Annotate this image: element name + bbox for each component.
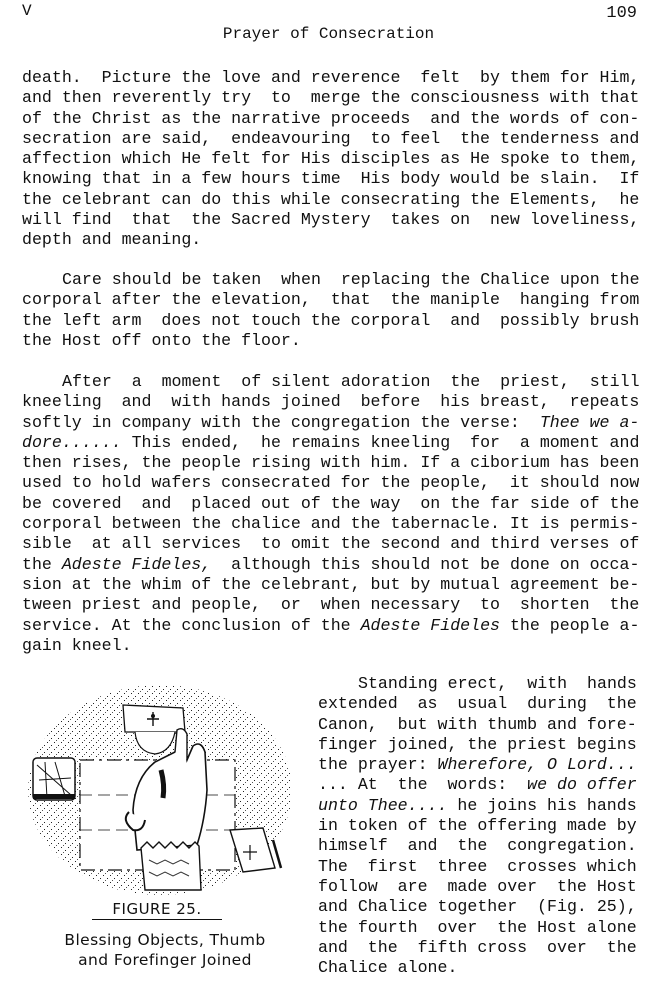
text-line: will find that the Sacred Mystery takes … (22, 210, 639, 230)
text-line: unto Thee.... he joins his hands (318, 796, 636, 816)
italic-phrase: dore...... (22, 433, 122, 452)
italic-phrase: Thee we a- (540, 413, 639, 432)
section-marker: V (22, 2, 32, 20)
italic-phrase: Adeste Fideles, (62, 555, 211, 574)
text-line: Chalice alone. (318, 958, 636, 978)
italic-phrase: Wherefore, O Lord... (438, 755, 637, 774)
text-line: tween priest and people, or when necessa… (22, 595, 639, 615)
caption-line: and Forefinger Joined (20, 950, 310, 970)
text-line: death. Picture the love and reverence fe… (22, 68, 639, 88)
italic-phrase: we do offer (527, 775, 636, 794)
text-line: dore...... This ended, he remains kneeli… (22, 433, 639, 453)
figure-25-illustration (25, 670, 295, 895)
text-line: depth and meaning. (22, 230, 639, 250)
text-line: then rises, the people rising with him. … (22, 453, 639, 473)
paragraph-1: death. Picture the love and reverence fe… (22, 68, 639, 251)
text-line: gain kneel. (22, 636, 639, 656)
text-line: corporal between the chalice and the tab… (22, 514, 639, 534)
text-line: finger joined, the priest begins (318, 735, 636, 755)
text-line: follow are made over the Host (318, 877, 636, 897)
text-line: affection which He felt for His disciple… (22, 149, 639, 169)
text-line: Standing erect, with hands (318, 674, 636, 694)
text-line: himself and the congregation. (318, 836, 636, 856)
right-column-paragraph: Standing erect, with hands extended as u… (318, 674, 636, 978)
running-title: Prayer of Consecration (0, 25, 657, 43)
text-line: sion at the whim of the celebrant, but b… (22, 575, 639, 595)
text-line: softly in company with the congregation … (22, 413, 639, 433)
text-line: the celebrant can do this while consecra… (22, 190, 639, 210)
figure-label: FIGURE 25. (92, 900, 222, 920)
paragraph-3: After a moment of silent adoration the p… (22, 372, 639, 656)
text-line: The first three crosses which (318, 857, 636, 877)
text-line: the Host off onto the floor. (22, 331, 639, 351)
hand-blessing-host-icon (25, 670, 295, 895)
text-line: the prayer: Wherefore, O Lord... (318, 755, 636, 775)
text-line: Canon, but with thumb and fore- (318, 715, 636, 735)
text-line: corporal after the elevation, that the m… (22, 290, 639, 310)
text-line: sible at all services to omit the second… (22, 534, 639, 554)
text-line: in token of the offering made by (318, 816, 636, 836)
text-line: the Adeste Fideles, although this should… (22, 555, 639, 575)
text-line: service. At the conclusion of the Adeste… (22, 616, 639, 636)
text-line: and the fifth cross over the (318, 938, 636, 958)
caption-line: Blessing Objects, Thumb (20, 930, 310, 950)
text-line: and Chalice together (Fig. 25), (318, 897, 636, 917)
text-line: Care should be taken when replacing the … (22, 270, 639, 290)
text-line: be covered and placed out of the way on … (22, 494, 639, 514)
text-line: the fourth over the Host alone (318, 918, 636, 938)
italic-phrase: Adeste Fideles (361, 616, 500, 635)
text-line: secration are said, endeavouring to feel… (22, 129, 639, 149)
text-line: knowing that in a few hours time His bod… (22, 169, 639, 189)
text-line: used to hold wafers consecrated for the … (22, 473, 639, 493)
paragraph-2: Care should be taken when replacing the … (22, 270, 639, 351)
text-line: After a moment of silent adoration the p… (22, 372, 639, 392)
text-line: kneeling and with hands joined before hi… (22, 392, 639, 412)
text-line: extended as usual during the (318, 694, 636, 714)
text-line: and then reverently try to merge the con… (22, 88, 639, 108)
figure-caption: Blessing Objects, Thumb and Forefinger J… (20, 930, 310, 970)
italic-phrase: unto Thee.... (318, 796, 447, 815)
text-line: of the Christ as the narrative proceeds … (22, 109, 639, 129)
book-page: V 109 Prayer of Consecration death. Pict… (0, 0, 657, 993)
text-line: the left arm does not touch the corporal… (22, 311, 639, 331)
page-number: 109 (606, 4, 637, 23)
text-line: ... At the words: we do offer (318, 775, 636, 795)
